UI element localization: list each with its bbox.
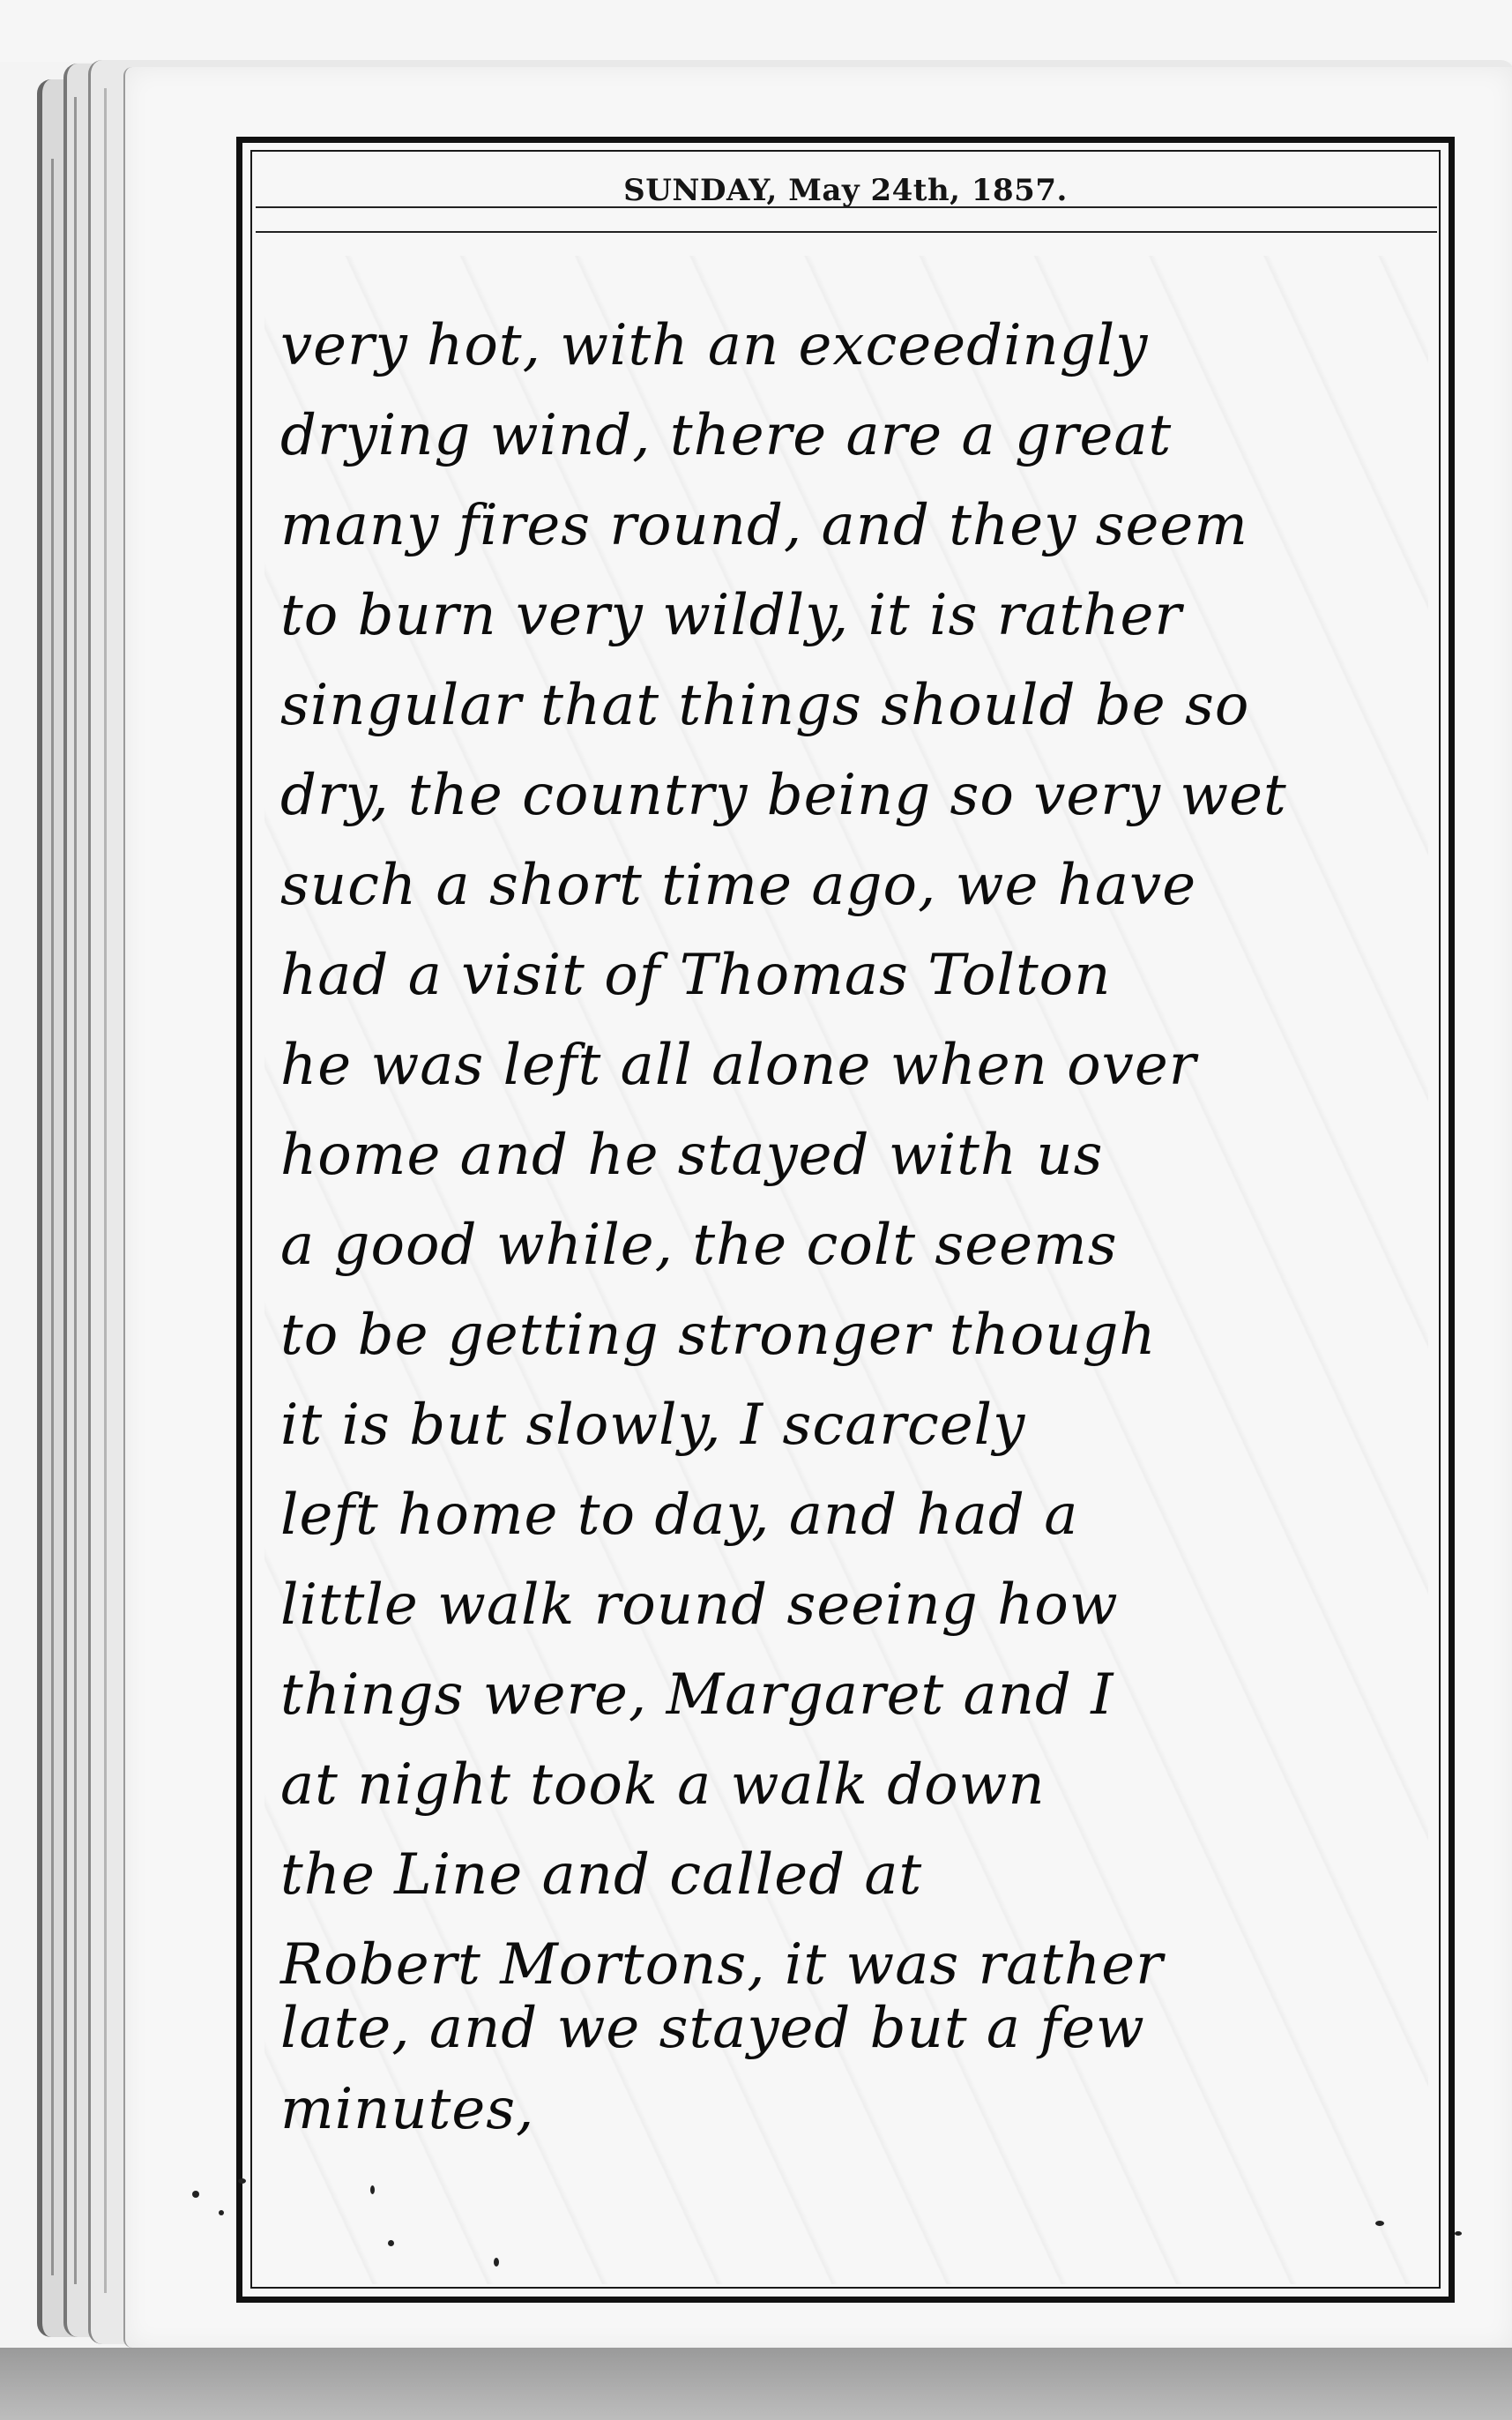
handwritten-line: to burn very wildly, it is rather: [280, 580, 1444, 651]
header-rule: [256, 206, 1437, 208]
handwritten-line: left home to day, and had a: [280, 1480, 1444, 1550]
handwritten-line: late, and we stayed but a few: [280, 1993, 1444, 2064]
handwritten-line: things were, Margaret and I: [280, 1660, 1444, 1730]
handwritten-line: he was left all alone when over: [280, 1030, 1444, 1101]
handwritten-line: many fires round, and they seem: [280, 490, 1444, 561]
handwritten-line: very hot, with an exceedingly: [280, 310, 1444, 381]
handwritten-line: the Line and called at: [280, 1840, 1444, 1910]
book-edge-line: [74, 97, 77, 2284]
handwritten-line: Robert Mortons, it was rather: [280, 1930, 1444, 2000]
handwritten-line: it is but slowly, I scarcely: [280, 1390, 1444, 1460]
page-date-header: SUNDAY, May 24th, 1857.: [250, 150, 1441, 231]
handwritten-line: such a short time ago, we have: [280, 850, 1444, 921]
handwritten-line: home and he stayed with us: [280, 1120, 1444, 1191]
handwritten-line: singular that things should be so: [280, 670, 1444, 741]
handwritten-line: drying wind, there are a great: [280, 400, 1444, 471]
handwritten-line: at night took a walk down: [280, 1750, 1444, 1820]
handwritten-line: dry, the country being so very wet: [280, 760, 1444, 831]
book-edge-line: [51, 159, 54, 2275]
handwritten-line: to be getting stronger though: [280, 1300, 1444, 1371]
handwritten-line: little walk round seeing how: [280, 1570, 1444, 1640]
background-top: [0, 0, 1512, 62]
background-surface: [0, 2348, 1512, 2420]
handwritten-line: had a visit of Thomas Tolton: [280, 940, 1444, 1011]
handwritten-line: minutes,: [280, 2074, 1444, 2145]
book-edge-line: [104, 88, 107, 2293]
header-rule: [256, 231, 1437, 233]
handwritten-line: a good while, the colt seems: [280, 1210, 1444, 1281]
